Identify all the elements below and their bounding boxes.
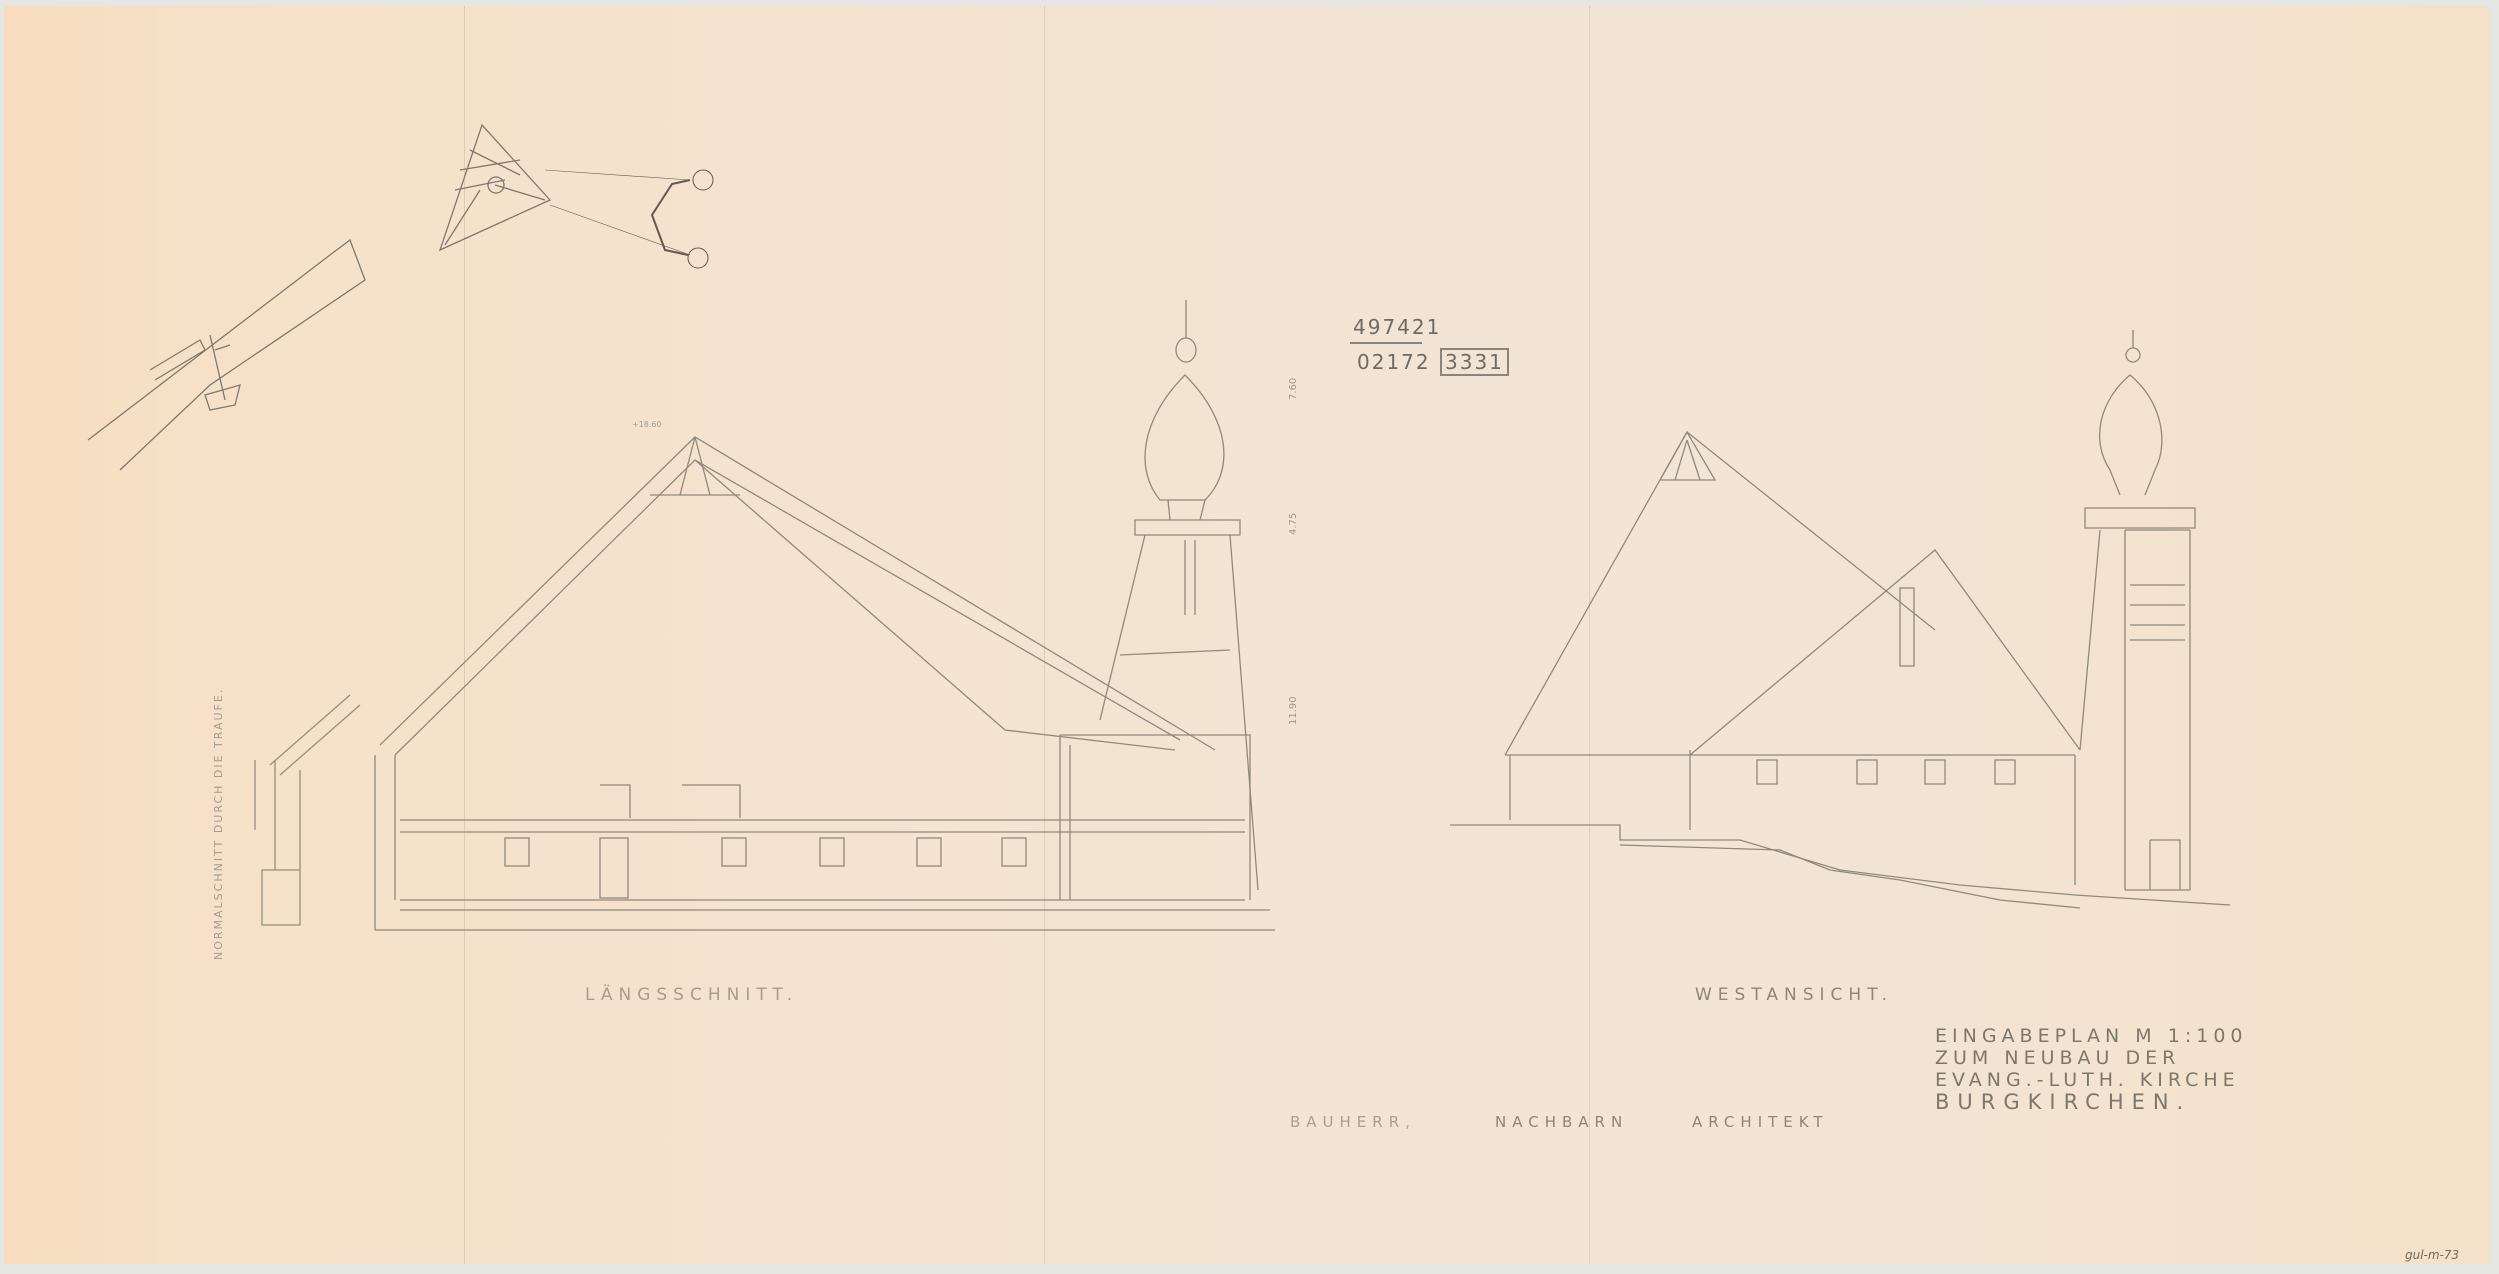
- dimension-top: 7.60: [1288, 378, 1299, 400]
- elevation-windows: [1757, 760, 2015, 784]
- eaves-detail-label: NORMALSCHNITT DURCH DIE TRAUFE.: [212, 688, 225, 960]
- fraction-line: [1350, 342, 1422, 344]
- west-elevation: [1450, 330, 2230, 908]
- sketch-hexagon-profile: [545, 170, 713, 268]
- archive-number-top: 497421: [1353, 315, 1441, 339]
- section-label: LÄNGSSCHNITT.: [585, 985, 798, 1005]
- signature-architect: ARCHITEKT: [1692, 1113, 1829, 1131]
- title-line-2: ZUM NEUBAU DER: [1935, 1047, 2248, 1069]
- dimension-lower: 11.90: [1288, 696, 1299, 725]
- dimension-middle: 4.75: [1288, 513, 1299, 535]
- longitudinal-section: [375, 300, 1275, 930]
- archive-number-boxed: 3331: [1440, 348, 1509, 376]
- archive-number-bottom: 02172: [1357, 350, 1431, 374]
- signature-owner: BAUHERR,: [1290, 1113, 1416, 1131]
- eaves-detail: [255, 695, 360, 925]
- title-line-3: EVANG.-LUTH. KIRCHE: [1935, 1069, 2248, 1091]
- title-line-4: BURGKIRCHEN.: [1935, 1091, 2248, 1113]
- corner-note: gul-m-73: [2405, 1248, 2459, 1262]
- title-block: EINGABEPLAN M 1:100 ZUM NEUBAU DER EVANG…: [1935, 1025, 2248, 1113]
- sketch-triangle-plan: [440, 125, 550, 250]
- elevation-label: WESTANSICHT.: [1695, 985, 1893, 1005]
- section-windows: [505, 838, 1026, 898]
- title-line-1: EINGABEPLAN M 1:100: [1935, 1025, 2248, 1047]
- sketch-beam-detail: [88, 240, 365, 470]
- signature-neighbours: NACHBARN: [1495, 1113, 1628, 1131]
- apex-level: +18.60: [632, 420, 662, 429]
